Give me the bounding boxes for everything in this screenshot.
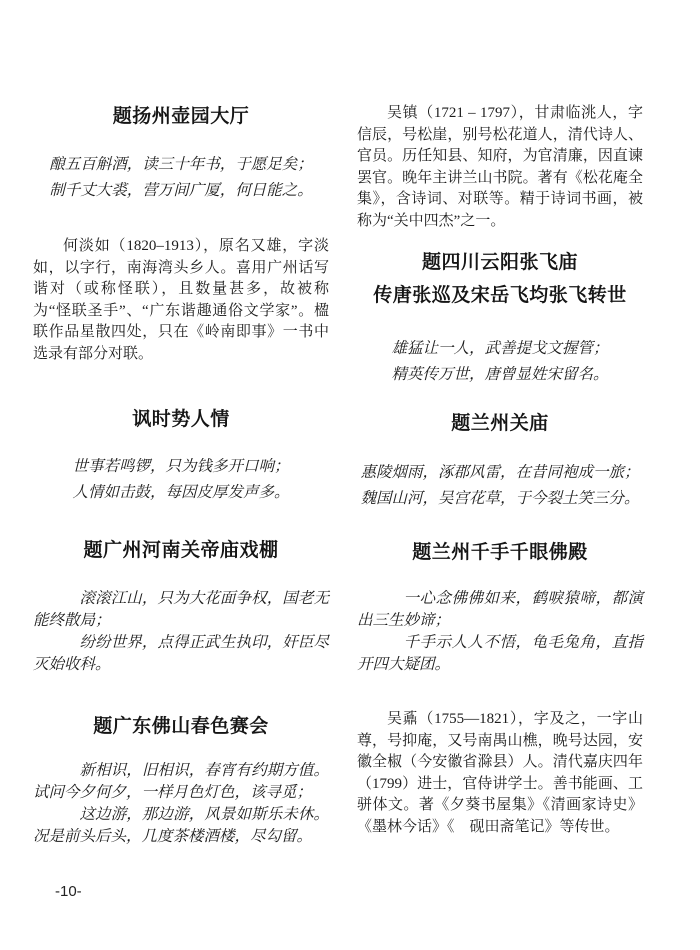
heading-guanzhou-guandimiao: 题广州河南关帝庙戏棚 (33, 537, 329, 564)
heading-yangzhou-huyuan: 题扬州壶园大厅 (33, 103, 329, 130)
bio-paragraph-he-danru: 何淡如（1820–1913），原名又雄，字淡如，以字行，南海湾头乡人。喜用广州话… (33, 236, 329, 365)
couplet-yangzhou-huyuan: 酿五百斛酒，读三十年书，于愿足矣； 制千丈大裘，营万间广厦，何日能之。 (33, 152, 329, 204)
couplet-lanzhou-guanmiao: 惠陵烟雨，涿郡风雷，在昔同袍成一旅； 魏国山河，吴宫花草，于今裂土笑三分。 (357, 460, 643, 512)
page-number: -10- (55, 883, 82, 900)
couplet-line: 人情如击鼓，每因皮厚发声多。 (33, 480, 329, 506)
couplet-line: 滚滚江山，只为大花面争权，国老无能终散局； (33, 588, 329, 632)
couplet-line: 制千丈大裘，营万间广厦，何日能之。 (33, 178, 329, 204)
bio-paragraph-wu-zi: 吴鼒（1755—1821），字及之，一字山尊，号抑庵，又号南禺山樵，晚号达园，安… (357, 709, 643, 838)
couplet-line: 纷纷世界，点得正武生执印，奸臣尽灭始收科。 (33, 632, 329, 676)
couplet-line: 新相识，旧相识，春宵有约期方值。试问今夕何夕，一样月色灯色，该寻觅； (33, 760, 329, 804)
couplet-line: 酿五百斛酒，读三十年书，于愿足矣； (33, 152, 329, 178)
right-column: 吴镇（1721 – 1797），甘肃临洮人，字信辰，号松崖，别号松花道人，清代诗… (357, 0, 643, 838)
heading-line: 题四川云阳张飞庙 (357, 246, 643, 279)
book-page: 题扬州壶园大厅 酿五百斛酒，读三十年书，于愿足矣； 制千丈大裘，营万间广厦，何日… (0, 0, 700, 950)
couplet-line: 世事若鸣锣，只为钱多开口响； (33, 454, 329, 480)
heading-qianshou-qianyan-fodian: 题兰州千手千眼佛殿 (357, 539, 643, 566)
couplet-fodian: 一心念佛佛如来，鹤唳猿啼，都演出三生妙谛； 千手示人人不悟，龟毛兔角，直指开四大… (357, 588, 643, 676)
couplet-line: 雄猛让一人，武善提戈文握管； (357, 336, 643, 362)
couplet-line: 千手示人人不悟，龟毛兔角，直指开四大疑团。 (357, 632, 643, 676)
couplet-line: 一心念佛佛如来，鹤唳猿啼，都演出三生妙谛； (357, 588, 643, 632)
heading-foshan-chunse-saihui: 题广东佛山春色赛会 (33, 713, 329, 740)
couplet-zhangfeimiao: 雄猛让一人，武善提戈文握管； 精英传万世，唐曾显姓宋留名。 (357, 336, 643, 388)
couplet-line: 精英传万世，唐曾显姓宋留名。 (357, 362, 643, 388)
heading-lanzhou-guanmiao: 题兰州关庙 (357, 410, 643, 437)
heading-zhangfeimiao: 题四川云阳张飞庙 传唐张巡及宋岳飞均张飞转世 (357, 246, 643, 312)
heading-feng-shishi-renqing: 讽时势人情 (33, 406, 329, 433)
heading-line: 传唐张巡及宋岳飞均张飞转世 (357, 279, 643, 312)
couplet-line: 惠陵烟雨，涿郡风雷，在昔同袍成一旅； (357, 460, 643, 486)
couplet-line: 这边游，那边游，风景如斯乐未休。况是前头后头，几度茶楼酒楼，尽勾留。 (33, 804, 329, 848)
couplet-chunse-saihui: 新相识，旧相识，春宵有约期方值。试问今夕何夕，一样月色灯色，该寻觅； 这边游，那… (33, 760, 329, 848)
left-column: 题扬州壶园大厅 酿五百斛酒，读三十年书，于愿足矣； 制千丈大裘，营万间广厦，何日… (33, 0, 329, 848)
bio-paragraph-wu-zhen: 吴镇（1721 – 1797），甘肃临洮人，字信辰，号松崖，别号松花道人，清代诗… (357, 103, 643, 232)
couplet-feng-shishi: 世事若鸣锣，只为钱多开口响； 人情如击鼓，每因皮厚发声多。 (33, 454, 329, 506)
couplet-line: 魏国山河，吴宫花草，于今裂土笑三分。 (357, 486, 643, 512)
couplet-guandimiao: 滚滚江山，只为大花面争权，国老无能终散局； 纷纷世界，点得正武生执印，奸臣尽灭始… (33, 588, 329, 676)
